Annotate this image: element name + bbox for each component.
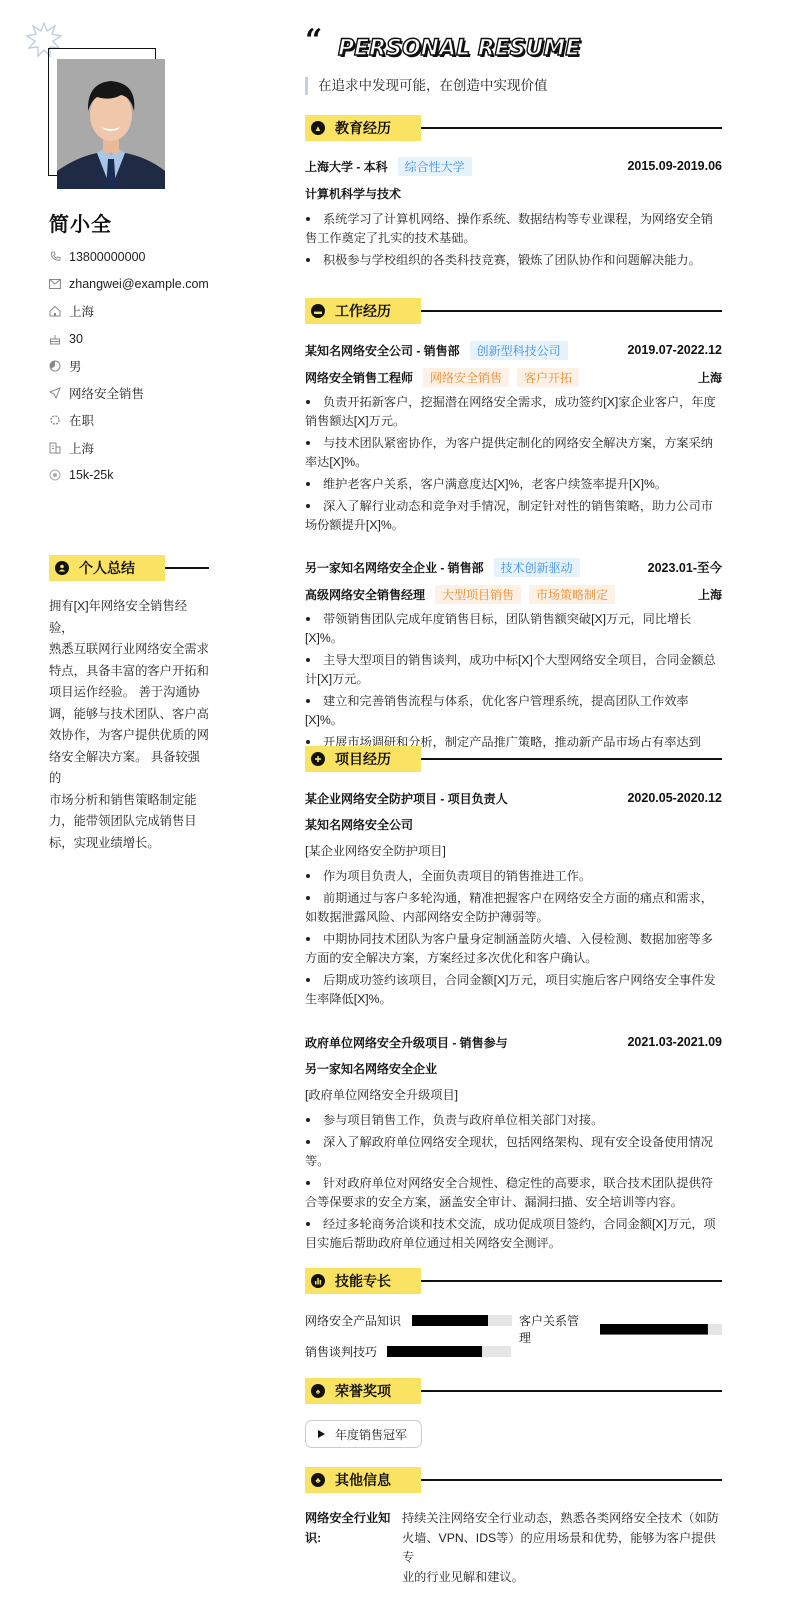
trophy-icon: ♠: [311, 1384, 325, 1398]
graduation-cap-icon: ▲: [311, 121, 325, 135]
skill-bar-fill: [600, 1324, 708, 1335]
info-age: 30: [49, 325, 209, 352]
status-value: 在职: [69, 411, 94, 429]
project-period: 2021.03-2021.09: [627, 1035, 722, 1049]
project-bullets: 参与项目销售工作，负责与政府单位相关部门对接。 深入了解政府单位网络安全现状，包…: [305, 1111, 722, 1253]
position-title: 高级网络安全销售经理: [305, 586, 425, 603]
project-name: [某企业网络安全防护项目]: [305, 841, 722, 861]
education-period: 2015.09-2019.06: [627, 159, 722, 173]
other-info-key: 网络安全行业知识:: [305, 1509, 402, 1587]
work-city: 上海: [698, 369, 722, 386]
summary-line: 调，能够与技术团队、客户高: [49, 704, 209, 726]
summary-line: 特点，具备丰富的客户开拓和: [49, 661, 209, 683]
summary-line: 络安全解决方案。 具备较强的: [49, 747, 209, 790]
award-item: 年度销售冠军: [305, 1420, 422, 1448]
work-bullet: 负责开拓新客户，挖掘潜在网络安全需求，成功签约[X]家企业客户，年度销售额达[X…: [305, 393, 722, 431]
work-bullet: 主导大型项目的销售谈判，成功中标[X]个大型网络安全项目，合同金额总计[X]万元…: [305, 651, 722, 689]
project-company: 某知名网络安全公司: [305, 815, 722, 835]
work-title-tag: ▬ 工作经历: [305, 298, 421, 324]
salary-value: 15k-25k: [69, 468, 113, 482]
slogan: 在追求中发现可能，在创造中实现价值: [305, 77, 548, 95]
company-name: 另一家知名网络安全企业 - 销售部: [305, 559, 484, 576]
summary-text: 拥有[X]年网络安全销售经验， 熟悉互联网行业网络安全需求 特点，具备丰富的客户…: [49, 596, 209, 854]
work-bullet: 维护老客户关系，客户满意度达[X]%，老客户续签率提升[X]%。: [305, 475, 722, 494]
avatar: [57, 59, 165, 189]
projects-title: 项目经历: [335, 749, 391, 769]
info-gender: 男: [49, 352, 209, 379]
projects-header: ✚ 项目经历: [305, 746, 722, 772]
work-divider: [421, 310, 722, 311]
info-cluster-icon: ♣: [311, 1473, 325, 1487]
other-title-tag: ♣ 其他信息: [305, 1467, 421, 1493]
other-divider: [421, 1479, 722, 1480]
education-header: ▲ 教育经历: [305, 115, 722, 141]
bar-chart-icon: [311, 1274, 325, 1288]
address-value: 上海: [69, 302, 94, 320]
contact-info-list: 13800000000 zhangwei@example.com 上海 30 男…: [49, 243, 209, 489]
skill-item: 销售谈判技巧: [305, 1343, 511, 1360]
project-bullet: 针对政府单位对网络安全合规性、稳定性的高要求，联合技术团队提供符合等保要求的安全…: [305, 1174, 722, 1212]
skill-item: 客户关系管理: [519, 1312, 722, 1346]
work-entry: 另一家知名网络安全企业 - 销售部 技术创新驱动 2023.01-至今 高级网络…: [305, 557, 722, 774]
school-tag: 综合性大学: [398, 157, 472, 176]
skill-tag: 客户开拓: [517, 368, 579, 387]
summary-title-tag: 个人总结: [49, 555, 165, 581]
work-entry: 某知名网络安全公司 - 销售部 创新型科技公司 2019.07-2022.12 …: [305, 340, 722, 538]
award-label: 年度销售冠军: [335, 1426, 407, 1443]
work-bullets: 负责开拓新客户，挖掘潜在网络安全需求，成功签约[X]家企业客户，年度销售额达[X…: [305, 393, 722, 535]
skill-tag: 网络安全销售: [423, 368, 509, 387]
work-title: 工作经历: [335, 301, 391, 321]
work-period: 2023.01-至今: [648, 558, 722, 576]
education-divider: [421, 127, 722, 128]
project-entry: 某企业网络安全防护项目 - 项目负责人 2020.05-2020.12 某知名网…: [305, 788, 722, 1012]
info-job-intent: 网络安全销售: [49, 379, 209, 406]
play-triangle-icon: [318, 1430, 325, 1438]
education-bullet: 积极参与学校组织的各类科技竞赛，锻炼了团队协作和问题解决能力。: [305, 251, 722, 270]
project-entry: 政府单位网络安全升级项目 - 销售参与 2021.03-2021.09 另一家知…: [305, 1032, 722, 1256]
summary-line: 拥有[X]年网络安全销售经验，: [49, 596, 209, 639]
work-period: 2019.07-2022.12: [627, 343, 722, 357]
summary-line: 力，能带领团队完成销售目: [49, 811, 209, 833]
project-title: 某企业网络安全防护项目 - 项目负责人: [305, 790, 508, 807]
awards-title: 荣誉奖项: [335, 1381, 391, 1401]
target-city-value: 上海: [69, 439, 94, 457]
info-salary: 15k-25k: [49, 461, 209, 488]
skills-title: 技能专长: [335, 1271, 391, 1291]
awards-divider: [421, 1390, 722, 1391]
awards-list: 年度销售冠军: [305, 1420, 722, 1448]
skill-item: 网络安全产品知识: [305, 1312, 512, 1329]
project-period: 2020.05-2020.12: [627, 791, 722, 805]
education-bullet: 系统学习了计算机网络、操作系统、数据结构等专业课程，为网络安全销售工作奠定了扎实…: [305, 210, 722, 248]
education-entry: 上海大学 - 本科 综合性大学 2015.09-2019.06 计算机科学与技术…: [305, 156, 722, 273]
skill-bar: [600, 1324, 722, 1335]
quote-mark-icon: “: [305, 26, 322, 56]
work-header: ▬ 工作经历: [305, 298, 722, 324]
work-bullet: 深入了解行业动态和竞争对手情况，制定针对性的销售策略，助力公司市场份额提升[X]…: [305, 497, 722, 535]
position-title: 网络安全销售工程师: [305, 369, 413, 386]
age-value: 30: [69, 332, 83, 346]
project-bullet: 经过多轮商务洽谈和技术交流，成功促成项目签约，合同金额[X]万元，项目实施后帮助…: [305, 1215, 722, 1253]
skill-bar: [412, 1315, 512, 1326]
summary-line: 市场分析和销售策略制定能: [49, 790, 209, 812]
project-bullet: 前期通过与客户多轮沟通，精准把握客户在网络安全方面的痛点和需求，如数据泄露风险、…: [305, 889, 722, 927]
other-info-value: 持续关注网络安全行业动态，熟悉各类网络安全技术（如防 火墙、VPN、IDS等）的…: [402, 1509, 722, 1587]
skill-name: 销售谈判技巧: [305, 1343, 377, 1360]
project-bullets: 作为项目负责人，全面负责项目的销售推进工作。 前期通过与客户多轮沟通，精准把握客…: [305, 867, 722, 1009]
resume-title-graphic: PERSONAL RESUME: [338, 36, 580, 61]
mail-icon: [49, 278, 61, 290]
project-company: 另一家知名网络安全企业: [305, 1059, 722, 1079]
sidebar: 简小全 13800000000 zhangwei@example.com 上海 …: [0, 0, 265, 1617]
info-address: 上海: [49, 298, 209, 325]
info-status: 在职: [49, 407, 209, 434]
profile-name: 简小全: [49, 208, 112, 237]
work-bullet: 建立和完善销售流程与体系，优化客户管理系统，提高团队工作效率[X]%。: [305, 692, 722, 730]
grid-icon: ✚: [311, 752, 325, 766]
summary-header: 个人总结: [49, 555, 209, 581]
company-tag: 创新型科技公司: [470, 341, 568, 360]
project-bullet: 后期成功签约该项目，合同金额[X]万元，项目实施后客户网络安全事件发生率降低[X…: [305, 971, 722, 1009]
home-icon: [49, 305, 61, 317]
phone-value: 13800000000: [69, 250, 145, 264]
info-phone: 13800000000: [49, 243, 209, 270]
skills-header: 技能专长: [305, 1268, 722, 1294]
project-bullet: 深入了解政府单位网络安全现状，包括网络架构、现有安全设备使用情况等。: [305, 1133, 722, 1171]
briefcase-icon: ▬: [311, 304, 325, 318]
skill-bar-fill: [387, 1346, 482, 1357]
skills-row: 网络安全产品知识 客户关系管理: [305, 1312, 722, 1328]
info-target-city: 上海: [49, 434, 209, 461]
phone-icon: [49, 251, 61, 263]
job-intent-value: 网络安全销售: [69, 384, 144, 402]
projects-divider: [421, 758, 722, 759]
summary-title: 个人总结: [79, 558, 135, 578]
summary-line: 标，实现业绩增长。: [49, 833, 209, 855]
building-icon: [49, 442, 61, 454]
summary-line: 熟悉互联网行业网络安全需求: [49, 639, 209, 661]
company-name: 某知名网络安全公司 - 销售部: [305, 342, 460, 359]
education-title: 教育经历: [335, 118, 391, 138]
work-bullet: 带领销售团队完成年度销售目标，团队销售额突破[X]万元，同比增长[X]%。: [305, 610, 722, 648]
education-bullets: 系统学习了计算机网络、操作系统、数据结构等专业课程，为网络安全销售工作奠定了扎实…: [305, 210, 722, 270]
project-bullet: 中期协同技术团队为客户量身定制涵盖防火墙、入侵检测、数据加密等多方面的安全解决方…: [305, 930, 722, 968]
skill-tag: 市场策略制定: [529, 585, 615, 604]
education-title-tag: ▲ 教育经历: [305, 115, 421, 141]
projects-title-tag: ✚ 项目经历: [305, 746, 421, 772]
gender-icon: [49, 360, 61, 372]
status-icon: [49, 414, 61, 426]
cake-icon: [49, 333, 61, 345]
skill-name: 网络安全产品知识: [305, 1312, 401, 1329]
school-name: 上海大学 - 本科: [305, 158, 388, 175]
project-title: 政府单位网络安全升级项目 - 销售参与: [305, 1034, 508, 1051]
skills-divider: [421, 1280, 722, 1281]
info-email: zhangwei@example.com: [49, 270, 209, 297]
skill-bar: [387, 1346, 511, 1357]
skill-bar-fill: [412, 1315, 488, 1326]
summary-line: 项目运作经验。 善于沟通协: [49, 682, 209, 704]
send-icon: [49, 387, 61, 399]
company-tag: 技术创新驱动: [494, 558, 580, 577]
other-title: 其他信息: [335, 1470, 391, 1490]
other-info-item: 网络安全行业知识: 持续关注网络安全行业动态，熟悉各类网络安全技术（如防 火墙、…: [305, 1509, 722, 1587]
skills-row: 销售谈判技巧: [305, 1343, 722, 1359]
other-info: 网络安全行业知识: 持续关注网络安全行业动态，熟悉各类网络安全技术（如防 火墙、…: [305, 1509, 722, 1587]
other-header: ♣ 其他信息: [305, 1467, 722, 1493]
skill-name: 客户关系管理: [519, 1312, 590, 1346]
summary-line: 效协作，为客户提供优质的网: [49, 725, 209, 747]
work-city: 上海: [698, 586, 722, 603]
summary-divider: [165, 567, 209, 568]
gender-value: 男: [69, 357, 82, 375]
work-bullet: 与技术团队紧密协作，为客户提供定制化的网络安全解决方案，方案采纳率达[X]%。: [305, 434, 722, 472]
major: 计算机科学与技术: [305, 184, 722, 204]
project-bullet: 作为项目负责人，全面负责项目的销售推进工作。: [305, 867, 722, 886]
project-bullet: 参与项目销售工作，负责与政府单位相关部门对接。: [305, 1111, 722, 1130]
skills-title-tag: 技能专长: [305, 1268, 421, 1294]
awards-header: ♠ 荣誉奖项: [305, 1378, 722, 1404]
salary-icon: [49, 469, 61, 481]
project-name: [政府单位网络安全升级项目]: [305, 1085, 722, 1105]
person-icon: [55, 561, 69, 575]
skill-tag: 大型项目销售: [435, 585, 521, 604]
email-value: zhangwei@example.com: [69, 277, 209, 291]
awards-title-tag: ♠ 荣誉奖项: [305, 1378, 421, 1404]
